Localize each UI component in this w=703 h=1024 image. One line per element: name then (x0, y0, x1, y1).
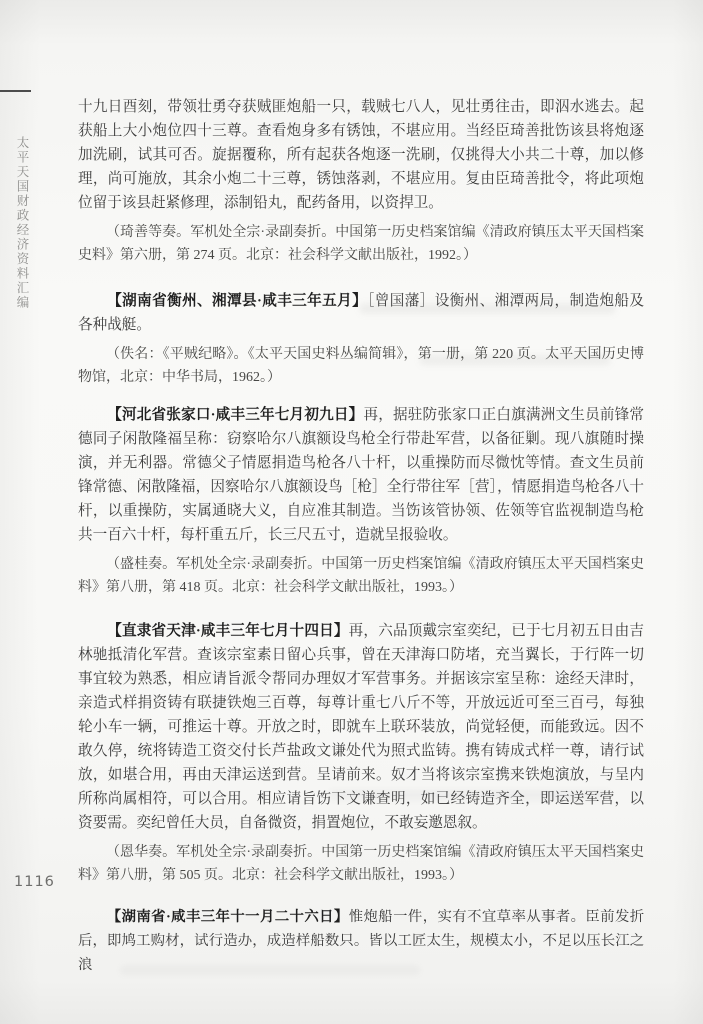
entry-text: 再，据驻防张家口正白旗满洲文生员前锋常德同子闲散隆福呈称：窃察哈尔八旗额设鸟枪全… (78, 407, 644, 543)
page-number: 1116 (14, 874, 55, 890)
entry-heading: 【直隶省天津·咸丰三年七月十四日】 (107, 623, 348, 639)
entry-hunan: 【湖南省·咸丰三年十一月二十六日】惟炮船一件，实有不宜草率从事者。臣前发折后，即… (78, 905, 644, 977)
entry-heading: 【河北省张家口·咸丰三年七月初九日】 (107, 407, 363, 423)
book-spine-title: 太平天国财政经济资料汇编 (13, 136, 31, 310)
source-citation: （琦善等奏。军机处全宗·录副奏折。中国第一历史档案馆编《清政府镇压太平天国档案史… (78, 221, 644, 267)
source-citation: （恩华奏。军机处全宗·录副奏折。中国第一历史档案馆编《清政府镇压太平天国档案史料… (78, 841, 644, 887)
entry-text: 再，六品顶戴宗室奕纪，已于七月初五日由吉林驰抵清化军营。查该宗室素日留心兵事，曾… (78, 623, 644, 831)
entry-heading: 【湖南省·咸丰三年十一月二十六日】 (107, 909, 349, 925)
entry-hebei-zhangjiakou: 【河北省张家口·咸丰三年七月初九日】再，据驻防张家口正白旗满洲文生员前锋常德同子… (78, 403, 644, 547)
entry-hunan-hengzhou: 【湖南省衡州、湘潭县·咸丰三年五月】［曾国藩］设衡州、湘潭两局，制造炮船及各种战… (78, 289, 644, 337)
scanned-page: 太平天国财政经济资料汇编 1116 十九日酉刻，带领壮勇夺获贼匪炮船一只，载贼七… (0, 0, 703, 1024)
main-text-column: 十九日酉刻，带领壮勇夺获贼匪炮船一只，载贼七八人，见壮勇往击，即泅水逃去。起获船… (78, 95, 644, 977)
source-citation: （盛桂奏。军机处全宗·录副奏折。中国第一历史档案馆编《清政府镇压太平天国档案史料… (78, 553, 644, 599)
entry-zhili-tianjin: 【直隶省天津·咸丰三年七月十四日】再，六品顶戴宗室奕纪，已于七月初五日由吉林驰抵… (78, 619, 644, 835)
continuation-paragraph: 十九日酉刻，带领壮勇夺获贼匪炮船一只，载贼七八人，见壮勇往击，即泅水逃去。起获船… (78, 95, 644, 215)
source-citation: （佚名：《平贼纪略》。《太平天国史料丛编简辑》，第一册，第 220 页。太平天国… (78, 343, 644, 389)
margin-rule (0, 90, 31, 92)
entry-heading: 【湖南省衡州、湘潭县·咸丰三年五月】 (107, 293, 367, 309)
